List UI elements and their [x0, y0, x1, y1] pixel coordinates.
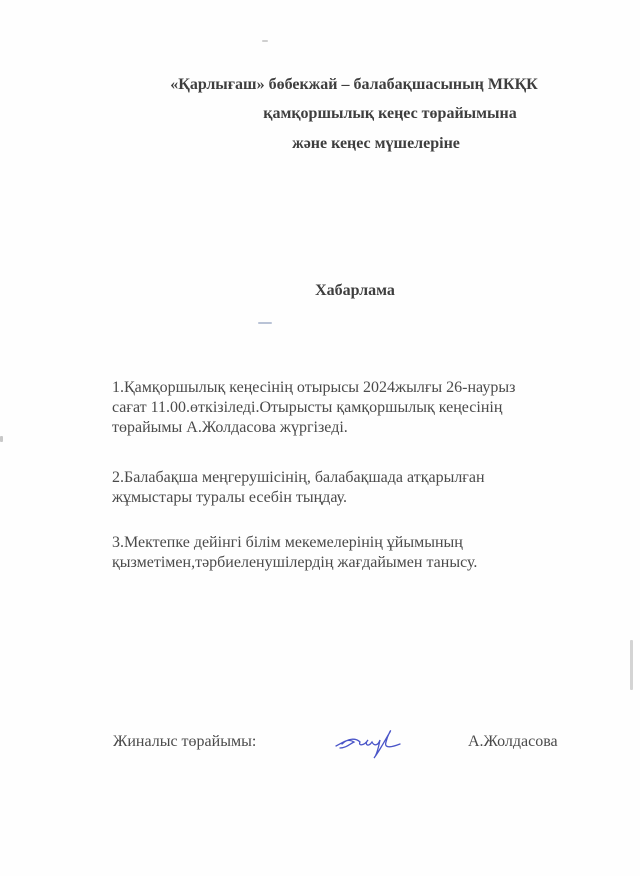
item-1: 1.Қамқоршылық кеңесінің отырысы 2024жылғ…	[112, 378, 612, 438]
scan-speck	[0, 436, 3, 442]
scan-speck	[258, 322, 272, 324]
item-1-line-2: сағат 11.00.өткізіледі.Отырысты қамқоршы…	[112, 398, 612, 418]
header-line-1: «Қарлығаш» бөбекжай – балабақшасының МКҚ…	[34, 76, 640, 94]
scan-speck	[262, 40, 268, 42]
item-2: 2.Балабақша меңгерушісінің, балабақшада …	[112, 468, 612, 508]
item-1-line-3: төрайымы А.Жолдасова жүргізеді.	[112, 418, 612, 438]
header-line-3: және кеңес мүшелеріне	[56, 135, 640, 153]
header-line-2: қамқоршылық кеңес төрайымына	[70, 105, 640, 123]
item-3-line-1: 3.Мектепке дейінгі білім мекемелерінің ұ…	[112, 533, 612, 553]
item-3-line-2: қызметімен,тәрбиеленушілердің жағдайымен…	[112, 553, 612, 573]
item-2-line-1: 2.Балабақша меңгерушісінің, балабақшада …	[112, 468, 612, 488]
signature-mark-icon	[334, 724, 414, 760]
item-2-line-2: жұмыстары туралы есебін тыңдау.	[112, 488, 612, 508]
signature-label: Жиналыс төрайымы:	[113, 733, 256, 751]
document-page: «Қарлығаш» бөбекжай – балабақшасының МКҚ…	[0, 0, 640, 876]
signature-name: А.Жолдасова	[468, 733, 558, 751]
document-title: Хабарлама	[0, 282, 640, 300]
scan-edge	[630, 640, 633, 690]
item-3: 3.Мектепке дейінгі білім мекемелерінің ұ…	[112, 533, 612, 573]
item-1-line-1: 1.Қамқоршылық кеңесінің отырысы 2024жылғ…	[112, 378, 612, 398]
